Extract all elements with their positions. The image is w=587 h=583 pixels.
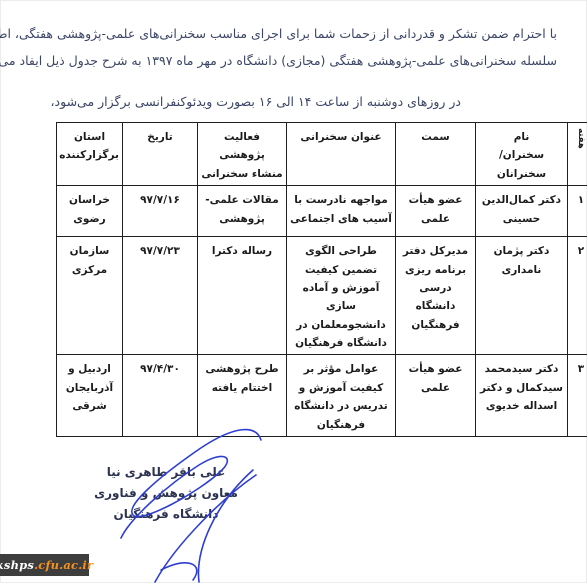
col-header-lecture-title: عنوان سخنرانی — [287, 123, 396, 186]
col-header-name-line2: سخنران/سخنرانان — [479, 146, 564, 183]
scanned-letter-page: { "intro": { "line1": "با احترام ضمن تشک… — [0, 0, 587, 583]
table-row: ۳ دکتر سیدمحمد سیدکمال و دکتر اسداله خدی… — [57, 355, 587, 437]
intro-line-2: سلسله سخنرانی‌های علمی-پژوهشی هفتگی (مجا… — [30, 47, 557, 74]
cell-position: عضو هیأت علمی — [396, 186, 476, 237]
watermark-suffix: .cfu.ac.ir — [34, 558, 93, 572]
col-header-speaker-name: نام سخنران/سخنرانان — [476, 123, 568, 186]
watermark-url: kshps.cfu.ac.ir — [0, 554, 89, 576]
cell-speaker-name: دکتر پژمان نامداری — [476, 237, 568, 355]
cell-province: خراسان رضوی — [57, 186, 123, 237]
intro-paragraph: با احترام ضمن تشکر و قدردانی از زحمات شم… — [30, 20, 557, 74]
col-header-province-line2: برگزارکننده — [60, 146, 119, 164]
schedule-note: در روزهای دوشنبه از ساعت ۱۴ الی ۱۶ بصورت… — [51, 93, 461, 111]
table-row: ۲ دکتر پژمان نامداری مدیرکل دفتر برنامه … — [57, 237, 587, 355]
cell-province: سازمان مرکزی — [57, 237, 123, 355]
cell-position: مدیرکل دفتر برنامه ریزی درسی دانشگاه فره… — [396, 237, 476, 355]
watermark-prefix: kshps — [0, 558, 34, 572]
col-header-province-line1: استان — [60, 128, 119, 146]
col-header-activity-line2: منشاء سخنرانی — [201, 165, 283, 183]
col-header-research-activity: فعالیت پژوهشی منشاء سخنرانی — [198, 123, 287, 186]
table-row: ۱ دکتر کمال‌الدین حسینی عضو هیأت علمی مو… — [57, 186, 587, 237]
signatory-name: علی باقر طاهری نیا — [82, 462, 250, 483]
schedule-table: هفته نام سخنران/سخنرانان سمت عنوان سخنرا… — [56, 122, 587, 437]
col-header-activity-line1: فعالیت پژوهشی — [201, 128, 283, 165]
cell-lecture-title: مواجهه نادرست با آسیب های اجتماعی — [287, 186, 396, 237]
cell-speaker-name: دکتر کمال‌الدین حسینی — [476, 186, 568, 237]
table-header-row: هفته نام سخنران/سخنرانان سمت عنوان سخنرا… — [57, 123, 587, 186]
cell-date: ۹۷/۷/۱۶ — [123, 186, 198, 237]
col-header-week-label: هفته — [573, 128, 587, 149]
col-header-position: سمت — [396, 123, 476, 186]
cell-research-activity: طرح پژوهشی اختتام یافته — [198, 355, 287, 437]
cell-position: عضو هیأت علمی — [396, 355, 476, 437]
cell-week: ۳ — [568, 355, 587, 437]
intro-line-1: با احترام ضمن تشکر و قدردانی از زحمات شم… — [30, 20, 557, 47]
cell-research-activity: رساله دکترا — [198, 237, 287, 355]
col-header-name-line1: نام — [479, 128, 564, 146]
signature-block: علی باقر طاهری نیا معاون پژوهش و فناوری … — [82, 462, 250, 525]
signatory-role: معاون پژوهش و فناوری — [82, 483, 250, 504]
cell-lecture-title: عوامل مؤثر بر کیفیت آموزش و تدریس در دان… — [287, 355, 396, 437]
col-header-week: هفته — [568, 123, 587, 186]
cell-speaker-name: دکتر سیدمحمد سیدکمال و دکتر اسداله خدیوی — [476, 355, 568, 437]
cell-date: ۹۷/۴/۳۰ — [123, 355, 198, 437]
col-header-date: تاریخ — [123, 123, 198, 186]
cell-research-activity: مقالات علمی- پژوهشی — [198, 186, 287, 237]
signatory-org: دانشگاه فرهنگیان — [82, 504, 250, 525]
cell-lecture-title: طراحی الگوی تضمین کیفیت آموزش و آماده سا… — [287, 237, 396, 355]
col-header-province: استان برگزارکننده — [57, 123, 123, 186]
cell-week: ۱ — [568, 186, 587, 237]
cell-date: ۹۷/۷/۲۳ — [123, 237, 198, 355]
cell-week: ۲ — [568, 237, 587, 355]
cell-province: اردبیل و آذربایجان شرقی — [57, 355, 123, 437]
